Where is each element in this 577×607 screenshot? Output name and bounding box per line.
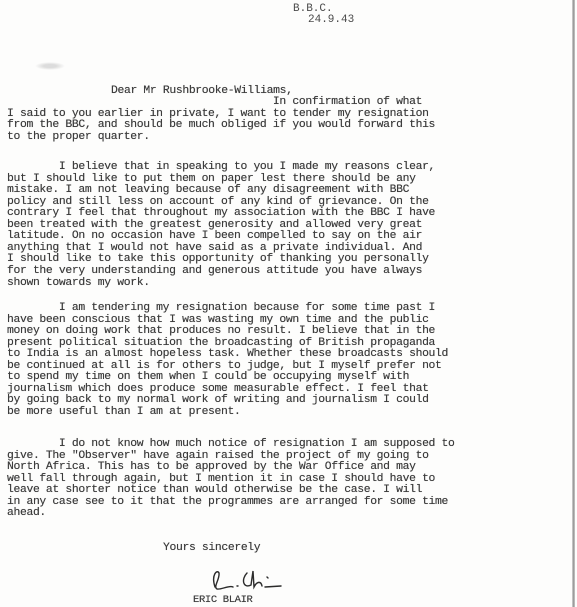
text-line: to spend my time on them when I could be… [7,371,409,383]
typed-name: ERIC BLAIR [193,594,253,606]
text-line: ahead. [7,507,46,519]
closing: Yours sincerely [163,542,260,554]
text-line: mistake. I am not leaving because of any… [7,184,409,196]
text-line: present political situation the broadcas… [7,337,435,349]
page-edge-shadow [572,0,575,607]
text-line: money on doing work that produces no res… [7,325,435,337]
text-line: to India is an almost hopeless task. Whe… [7,348,448,360]
text-line: in any case see to it that the programme… [7,496,448,508]
text-line: been treated with the greatest generosit… [7,219,422,231]
text-line: give. The "Observer" have again raised t… [7,450,429,462]
text-line: policy and still less on account of any … [7,196,429,208]
ink-smudge [35,62,65,70]
text-line: for the very understanding and generous … [7,265,422,277]
text-line: have been conscious that I was wasting m… [7,314,429,326]
text-line: I do not know how much notice of resigna… [7,438,455,450]
text-line: I should like to take this opportunity o… [7,253,429,265]
text-line: In confirmation of what [7,96,422,108]
letter-page: B.B.C. 24.9.43 Dear Mr Rushbrooke-Willia… [0,0,577,607]
text-line: I said to you earlier in private, I want… [7,108,429,120]
text-line: I believe that in speaking to you I made… [7,161,435,173]
text-line: shown towards my work. [7,277,150,289]
letter-date: 24.9.43 [308,14,354,26]
text-line: well fall through again, but I mention i… [7,473,435,485]
text-line: but I should like to put them on paper l… [7,173,416,185]
text-line: North Africa. This has to be approved by… [7,461,416,473]
text-line: be more useful than I am at present. [7,406,240,418]
text-line: from the BBC, and should be much obliged… [7,119,435,131]
text-line: by going back to my normal work of writi… [7,394,429,406]
text-line: be continued at all is for others to jud… [7,360,442,372]
text-line: contrary I feel that throughout my assoc… [7,207,435,219]
signature-icon [207,565,282,593]
text-line: latitude. On no occasion have I been com… [7,230,422,242]
text-line: I am tendering my resignation because fo… [7,302,435,314]
text-line: to the proper quarter. [7,131,150,143]
text-line: leave at shorter notice than would other… [7,484,422,496]
